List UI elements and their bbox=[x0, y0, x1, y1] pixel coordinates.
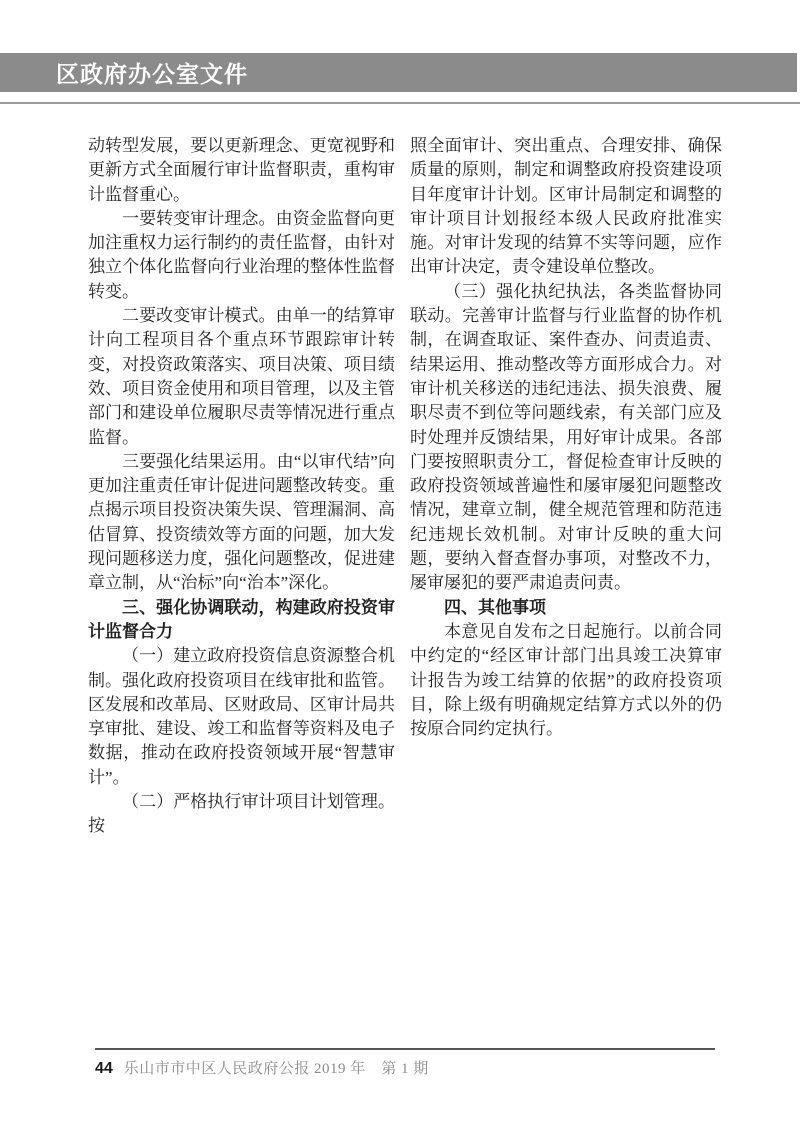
paragraph: 照全面审计、突出重点、合理安排、确保质量的原则，制定和调整政府投资建设项目年度审… bbox=[410, 134, 722, 280]
header-band: 区政府办公室文件 bbox=[0, 53, 797, 92]
section-heading: 三、强化协调联动，构建政府投资审计监督合力 bbox=[88, 596, 395, 645]
column-right: 照全面审计、突出重点、合理安排、确保质量的原则，制定和调整政府投资建设项目年度审… bbox=[410, 134, 722, 839]
article-content: 动转型发展，要以更新理念、更宽视野和更新方式全面履行审计监督职责，重构审计监督重… bbox=[88, 134, 722, 839]
page-title: 区政府办公室文件 bbox=[56, 56, 248, 89]
column-left: 动转型发展，要以更新理念、更宽视野和更新方式全面履行审计监督职责，重构审计监督重… bbox=[88, 134, 395, 839]
section-heading: 四、其他事项 bbox=[410, 596, 722, 620]
journal-title: 乐山市市中区人民政府公报 2019 年 第 1 期 bbox=[124, 1057, 429, 1078]
paragraph: 本意见自发布之日起施行。以前合同中约定的“经区审计部门出具竣工决算审计报告为竣工… bbox=[410, 620, 722, 741]
clause-body: 完善审计监督与行业监督的协作机制，在调查取证、案件查办、问责追责、结果运用、推动… bbox=[410, 306, 722, 592]
page-number: 44 bbox=[95, 1060, 113, 1078]
paragraph: （二）严格执行审计项目计划管理。按 bbox=[88, 790, 395, 839]
footer: 44 乐山市市中区人民政府公报 2019 年 第 1 期 bbox=[95, 1057, 429, 1078]
gazette-page: 区政府办公室文件 动转型发展，要以更新理念、更宽视野和更新方式全面履行审计监督职… bbox=[0, 0, 800, 1131]
paragraph: （一）建立政府投资信息资源整合机制。强化政府投资项目在线审批和监管。区发展和改革… bbox=[88, 644, 395, 790]
paragraph: 二要改变审计模式。由单一的结算审计向工程项目各个重点环节跟踪审计转变，对投资政策… bbox=[88, 304, 395, 450]
footer-rule bbox=[95, 1048, 715, 1050]
paragraph: （三）强化执纪执法，各类监督协同联动。完善审计监督与行业监督的协作机制，在调查取… bbox=[410, 280, 722, 596]
paragraph: 动转型发展，要以更新理念、更宽视野和更新方式全面履行审计监督职责，重构审计监督重… bbox=[88, 134, 395, 207]
paragraph: 三要强化结果运用。由“以审代结”向更加注重责任审计促进问题整改转变。重点揭示项目… bbox=[88, 450, 395, 596]
header-rule bbox=[0, 102, 800, 104]
clause-lead: （二）严格执行审计项目计划管理。 bbox=[122, 792, 395, 811]
paragraph: 一要转变审计理念。由资金监督向更加注重权力运行制约的责任监督，由针对独立个体化监… bbox=[88, 207, 395, 304]
clause-body: 强化政府投资项目在线审批和监管。区发展和改革局、区财政局、区审计局共享审批、建设… bbox=[88, 671, 395, 787]
clause-body: 按 bbox=[88, 816, 105, 835]
